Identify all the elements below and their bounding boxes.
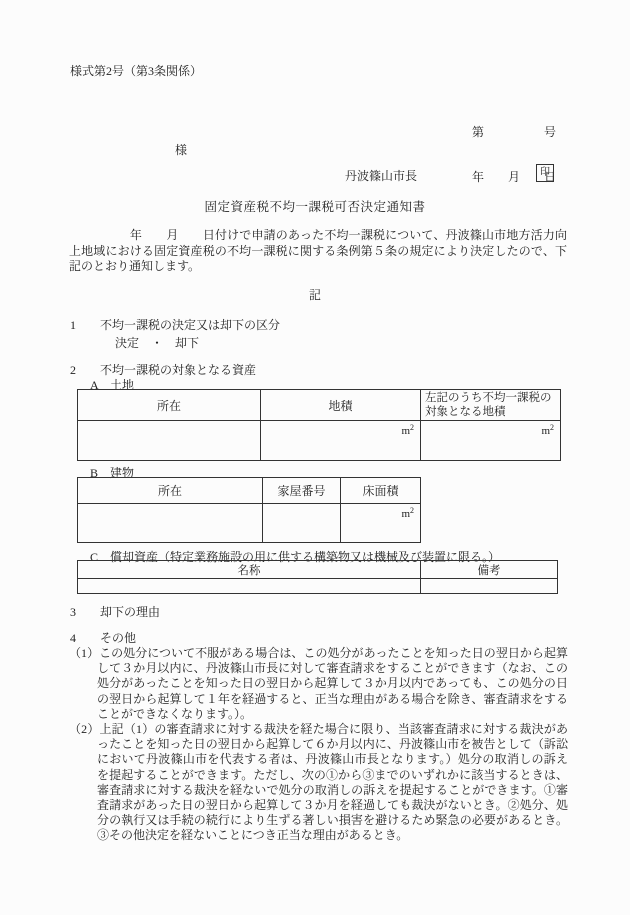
depreciable-col-remarks: 備考 <box>421 561 558 579</box>
building-table-header-row: 所在 家屋番号 床面積 <box>78 478 421 504</box>
building-col-floor-area: 床面積 <box>341 478 421 504</box>
document-page: 様式第2号（第3条関係） 第 号 年 月 日 様 丹波篠山市長 印 固定資産税不… <box>0 0 630 915</box>
note-2-lawsuit: （2）上記（1）の審査請求に対する裁決を経た場合に限り、当該審査請求に対する裁決… <box>69 722 568 844</box>
section-2-title: 不均一課税の対象となる資産 <box>100 363 256 377</box>
building-house-number-cell <box>263 504 341 543</box>
land-table: 所在 地積 左記のうち不均一課税の対象となる地積 m2 m2 <box>77 389 561 461</box>
land-location-cell <box>78 421 261 461</box>
land-col-area: 地積 <box>261 390 421 421</box>
land-table-data-row: m2 m2 <box>78 421 561 461</box>
depreciable-table-data-row <box>78 579 558 594</box>
section-3-number: 3 <box>70 605 100 620</box>
depreciable-col-name: 名称 <box>78 561 421 579</box>
building-col-location: 所在 <box>78 478 263 504</box>
land-area-cell: m2 <box>261 421 421 461</box>
note-1-appeal: （1）この処分について不服がある場合は、この処分があったことを知った日の翌日から… <box>69 646 568 722</box>
land-col-subject-area: 左記のうち不均一課税の対象となる地積 <box>421 390 561 421</box>
building-location-cell <box>78 504 263 543</box>
sender-title: 丹波篠山市長 <box>345 167 417 184</box>
section-3-title: 却下の理由 <box>100 605 160 619</box>
building-table-data-row: m2 <box>78 504 421 543</box>
depreciable-table-header-row: 名称 備考 <box>78 561 558 579</box>
section-4-heading: 4その他 <box>70 631 136 646</box>
building-floor-area-cell: m2 <box>341 504 421 543</box>
depreciable-asset-table: 名称 備考 <box>77 560 558 594</box>
addressee-honorific: 様 <box>175 141 187 158</box>
section-1-heading: 1不均一課税の決定又は却下の区分 <box>70 318 280 333</box>
land-subject-area-cell: m2 <box>421 421 561 461</box>
record-marker: 記 <box>0 286 630 303</box>
building-table: 所在 家屋番号 床面積 m2 <box>77 477 421 543</box>
land-col-location: 所在 <box>78 390 261 421</box>
section-4-title: その他 <box>100 631 136 645</box>
section-4-number: 4 <box>70 631 100 646</box>
building-col-house-number: 家屋番号 <box>263 478 341 504</box>
section-1-number: 1 <box>70 318 100 333</box>
intro-paragraph: 年 月 日付けで申請のあった不均一課税について、丹波篠山市地方活力向上地域におけ… <box>69 228 567 275</box>
land-table-header-row: 所在 地積 左記のうち不均一課税の対象となる地積 <box>78 390 561 421</box>
section-3-heading: 3却下の理由 <box>70 605 160 620</box>
decision-rejection-choices: 決定 ・ 却下 <box>115 334 199 351</box>
form-number: 様式第2号（第3条関係） <box>70 62 202 79</box>
depreciable-name-cell <box>78 579 421 594</box>
reference-number-line: 第 号 <box>472 125 556 140</box>
document-title: 固定資産税不均一課税可否決定通知書 <box>0 197 630 215</box>
seal-stamp-box: 印 <box>536 164 554 182</box>
depreciable-remarks-cell <box>421 579 558 594</box>
section-1-title: 不均一課税の決定又は却下の区分 <box>100 318 280 332</box>
notes-block: （1）この処分について不服がある場合は、この処分があったことを知った日の翌日から… <box>69 646 568 844</box>
